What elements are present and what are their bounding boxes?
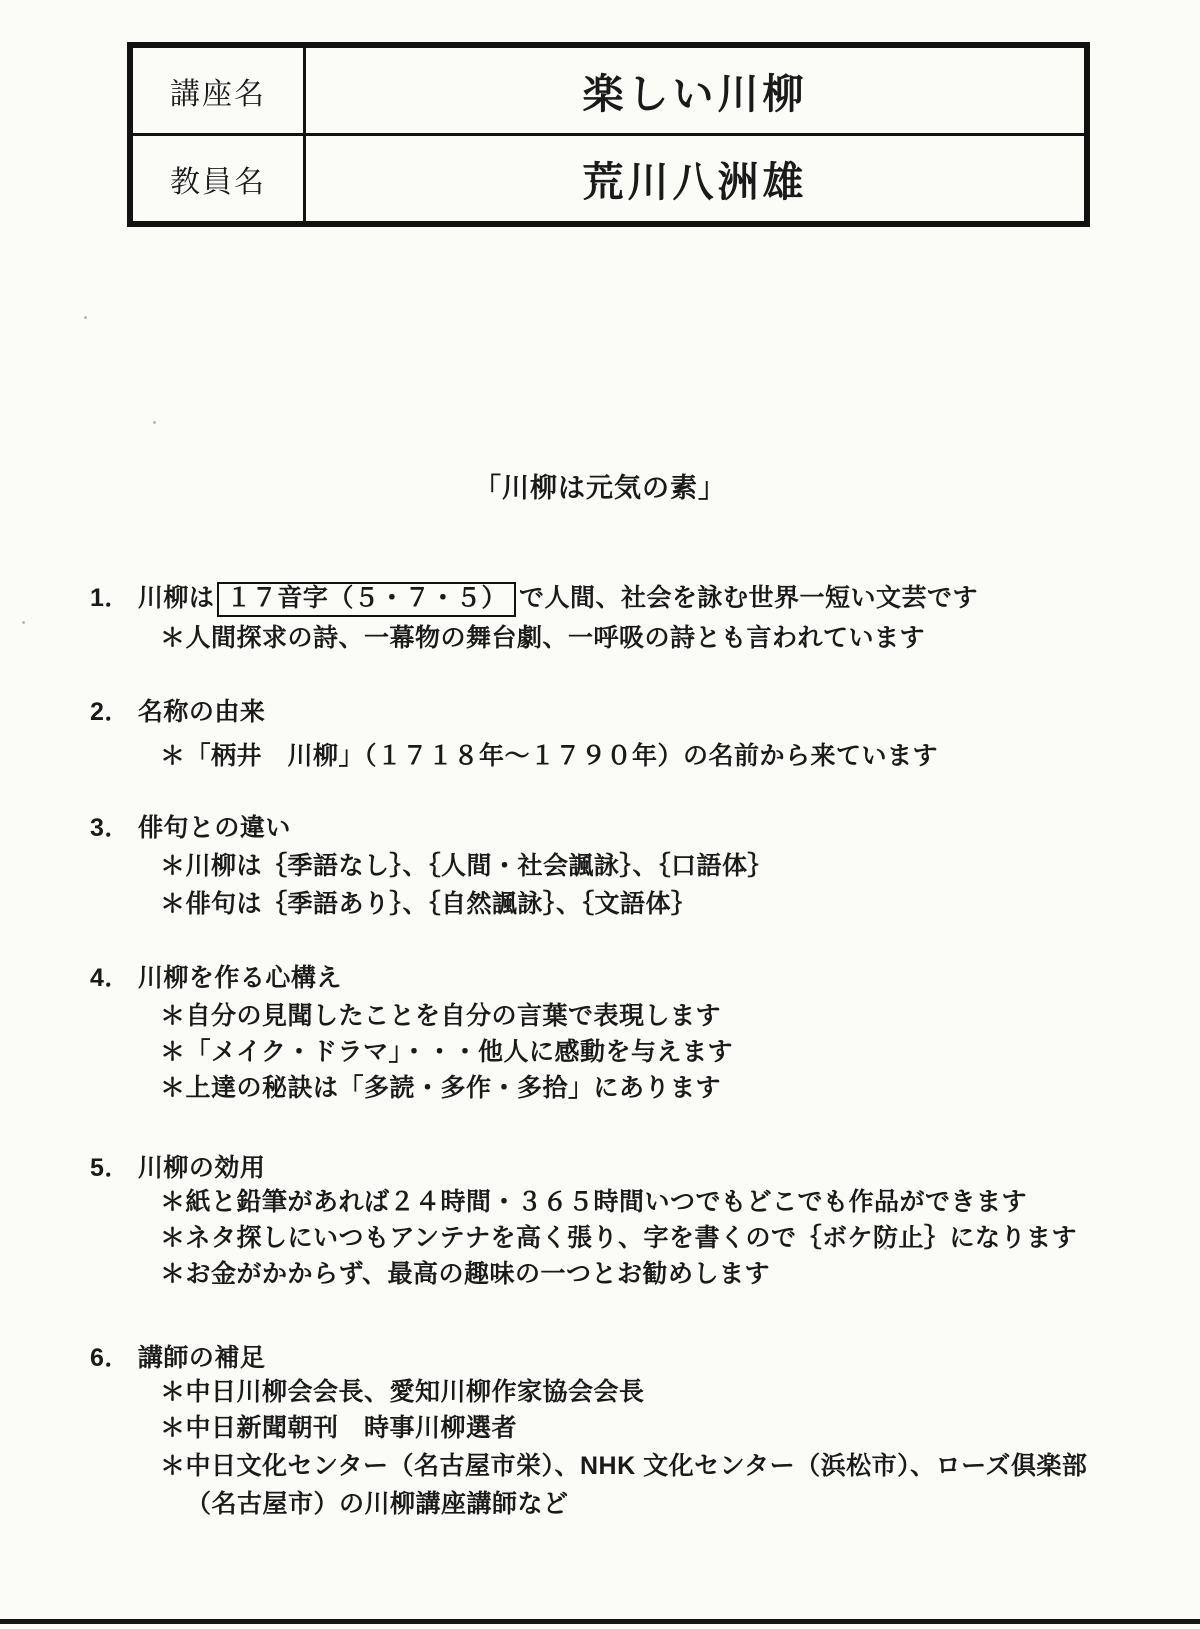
table-row: 講座名 楽しい川柳: [133, 48, 1084, 136]
teacher-name-label: 教員名: [133, 136, 306, 221]
scan-speck: [22, 621, 25, 624]
section-heading-text: 俳句との違い: [138, 814, 291, 842]
section-1-suffix: で人間、社会を詠む世界一短い文芸です: [519, 584, 978, 612]
bullet-line: ＊紙と鉛筆があれば２４時間・３６５時間いつでもどこでも作品ができます: [160, 1182, 1027, 1218]
scan-speck: [884, 1247, 887, 1250]
bullet-line: ＊川柳は｛季語なし｝、｛人間・社会諷詠｝、｛口語体｝: [160, 846, 773, 882]
section-heading-text: 川柳の効用: [138, 1154, 266, 1182]
section-number: 1．: [90, 584, 130, 612]
course-header-table: 講座名 楽しい川柳 教員名 荒川八洲雄: [127, 42, 1090, 227]
page-title: 「川柳は元気の素」: [0, 466, 1200, 505]
section-4-heading: 4．川柳を作る心構え: [90, 958, 342, 994]
scan-speck: [153, 421, 156, 424]
teacher-name-value: 荒川八洲雄: [306, 136, 1084, 221]
bullet-line-continuation: （名古屋市）の川柳講座講師など: [186, 1484, 569, 1520]
section-5-heading: 5．川柳の効用: [90, 1148, 265, 1184]
bullet-line: ＊中日川柳会会長、愛知川柳作家協会会長: [160, 1372, 645, 1408]
section-number: 6．: [90, 1344, 130, 1372]
section-heading-text: 川柳を作る心構え: [138, 964, 342, 992]
section-3-heading: 3．俳句との違い: [90, 808, 291, 844]
course-name-value: 楽しい川柳: [306, 48, 1084, 133]
section-heading-text: 講師の補足: [138, 1344, 266, 1372]
bullet-line: ＊自分の見聞したことを自分の言葉で表現します: [160, 996, 721, 1032]
bullet-line: ＊人間探求の詩、一幕物の舞台劇、一呼吸の詩とも言われています: [160, 618, 925, 654]
scanned-document-page: 講座名 楽しい川柳 教員名 荒川八洲雄 「川柳は元気の素」 1．川柳は１７音字（…: [0, 0, 1200, 1629]
section-1-prefix: 川柳は: [138, 584, 215, 612]
section-2-heading: 2．名称の由来: [90, 692, 265, 728]
bullet-line: ＊俳句は｛季語あり｝、｛自然諷詠｝、｛文語体｝: [160, 884, 697, 920]
section-number: 2．: [90, 698, 130, 726]
bullet-line: ＊「メイク・ドラマ」・・・他人に感動を与えます: [160, 1032, 733, 1068]
bullet-line: ＊中日文化センター（名古屋市栄）、NHK 文化センター（浜松市）、ローズ倶楽部: [160, 1446, 1087, 1482]
section-heading-text: 名称の由来: [138, 698, 266, 726]
section-6-heading: 6．講師の補足: [90, 1338, 265, 1374]
section-1-heading: 1．川柳は１７音字（５・７・５）で人間、社会を詠む世界一短い文芸です: [90, 578, 978, 617]
course-name-label: 講座名: [133, 48, 306, 133]
section-number: 5．: [90, 1154, 130, 1182]
section-number: 3．: [90, 814, 130, 842]
bullet-line: ＊お金がかからず、最高の趣味の一つとお勧めします: [160, 1254, 770, 1290]
bullet-line: ＊ネタ探しにいつもアンテナを高く張り、字を書くので｛ボケ防止｝になります: [160, 1218, 1077, 1254]
scan-speck: [84, 316, 87, 319]
scan-edge-line: [0, 1619, 1200, 1624]
bullet-line: ＊上達の秘訣は「多読・多作・多拾」にあります: [160, 1068, 721, 1104]
section-number: 4．: [90, 964, 130, 992]
bullet-line: ＊「柄井 川柳」（１７１８年～１７９０年）の名前から来ています: [160, 736, 938, 772]
table-row: 教員名 荒川八洲雄: [133, 136, 1084, 221]
boxed-phrase: １７音字（５・７・５）: [217, 582, 516, 617]
bullet-line: ＊中日新聞朝刊 時事川柳選者: [160, 1408, 517, 1444]
